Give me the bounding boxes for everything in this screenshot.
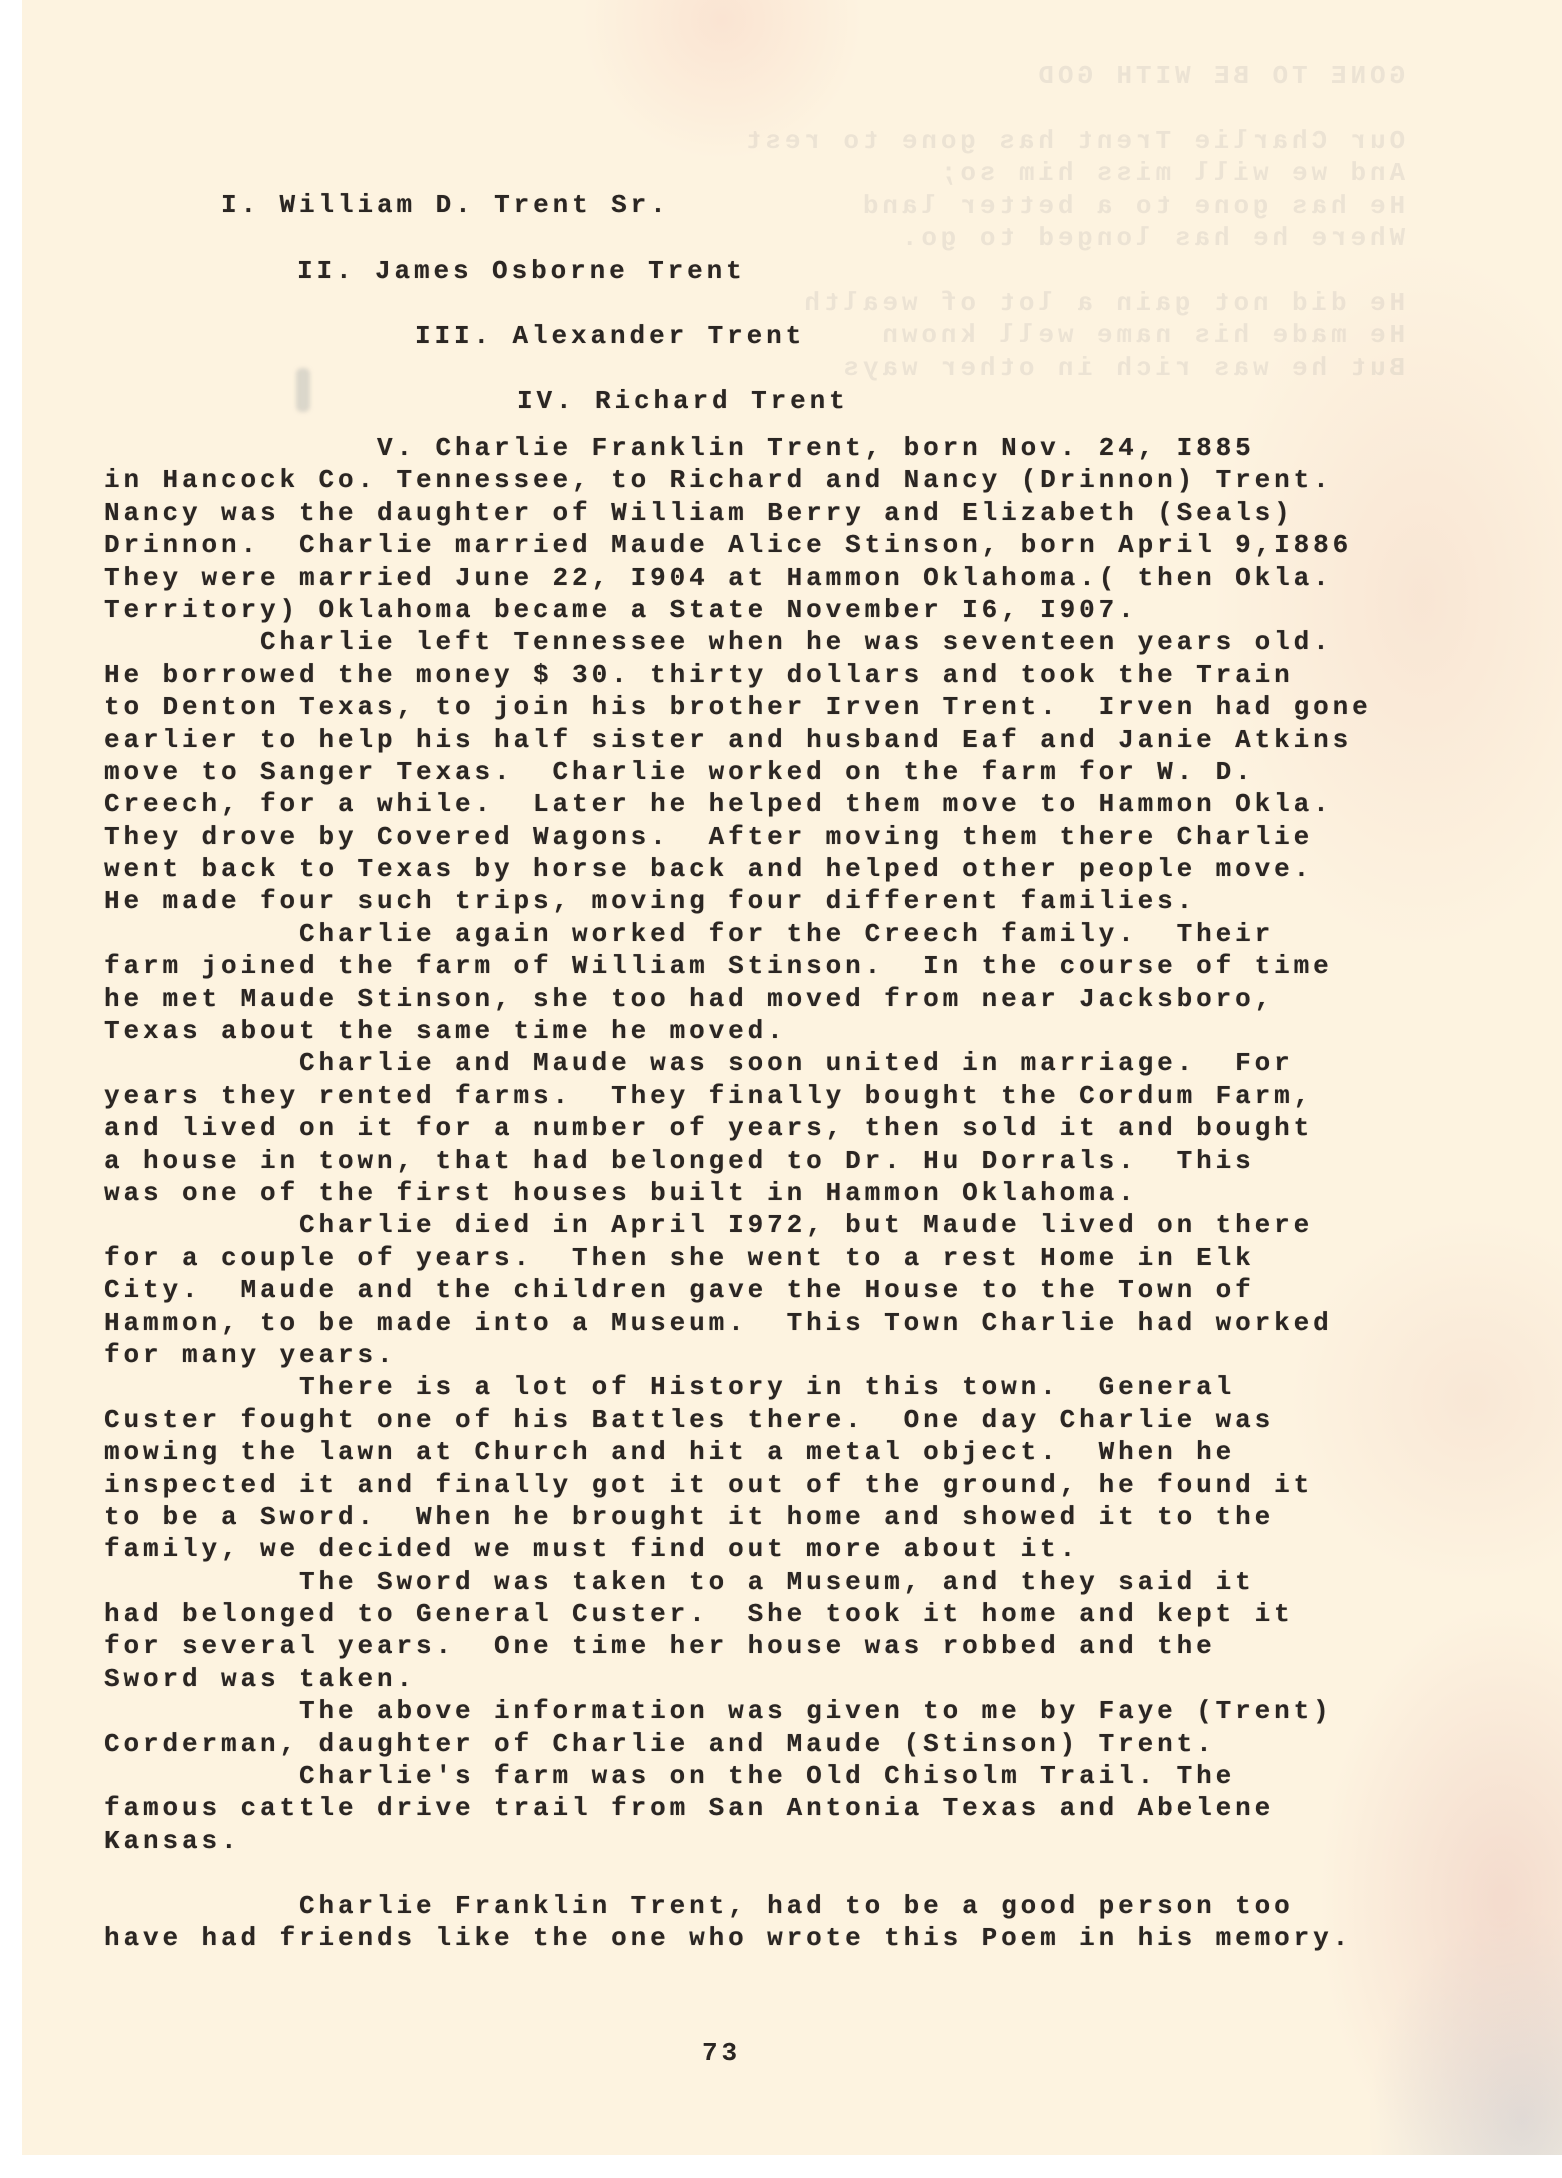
- text-line: Charlie Franklin Trent, had to be a good…: [104, 1890, 1372, 1922]
- bleed-line: He has gone to a better land: [742, 190, 1405, 222]
- text-line: He made four such trips, moving four dif…: [104, 885, 1372, 917]
- generation-numeral: II.: [297, 256, 356, 286]
- generation-numeral: IV.: [517, 386, 576, 416]
- bleed-line: Where he has longed to go.: [742, 222, 1405, 254]
- bleed-line: He did not gain a lot of wealth: [742, 287, 1405, 319]
- text-line: a house in town, that had belonged to Dr…: [104, 1145, 1372, 1177]
- text-line: Territory) Oklahoma became a State Novem…: [104, 594, 1372, 626]
- text-line: City. Maude and the children gave the Ho…: [104, 1274, 1372, 1306]
- text-line: he met Maude Stinson, she too had moved …: [104, 983, 1372, 1015]
- text-line: Corderman, daughter of Charlie and Maude…: [104, 1728, 1372, 1760]
- text-line: family, we decided we must find out more…: [104, 1533, 1372, 1565]
- text-line: Charlie and Maude was soon united in mar…: [104, 1047, 1372, 1079]
- text-line: for a couple of years. Then she went to …: [104, 1242, 1372, 1274]
- text-line: Charlie again worked for the Creech fami…: [104, 918, 1372, 950]
- text-line: years they rented farms. They finally bo…: [104, 1080, 1372, 1112]
- text-line: Drinnon. Charlie married Maude Alice Sti…: [104, 529, 1372, 561]
- text-line: to be a Sword. When he brought it home a…: [104, 1501, 1372, 1533]
- text-line: for several years. One time her house wa…: [104, 1630, 1372, 1662]
- text-line: Kansas.: [104, 1825, 1372, 1857]
- text-line: V. Charlie Franklin Trent, born Nov. 24,…: [104, 432, 1372, 464]
- generation-name: James Osborne Trent: [375, 256, 746, 286]
- generation-numeral: I.: [221, 190, 260, 220]
- text-line: The above information was given to me by…: [104, 1695, 1372, 1727]
- text-line: They were married June 22, I904 at Hammo…: [104, 562, 1372, 594]
- text-line: mowing the lawn at Church and hit a meta…: [104, 1436, 1372, 1468]
- text-line: and lived on it for a number of years, t…: [104, 1112, 1372, 1144]
- text-line: Nancy was the daughter of William Berry …: [104, 497, 1372, 529]
- text-line: He borrowed the money $ 30. thirty dolla…: [104, 659, 1372, 691]
- generation-name: William D. Trent Sr.: [280, 190, 670, 220]
- text-line: had belonged to General Custer. She took…: [104, 1598, 1372, 1630]
- text-line: Charlie's farm was on the Old Chisolm Tr…: [104, 1760, 1372, 1792]
- generation-name: Alexander Trent: [513, 321, 806, 351]
- bleed-line: [742, 92, 1405, 124]
- text-line: Sword was taken.: [104, 1663, 1372, 1695]
- bleed-through-text: GONE TO BE WITH GOD Our Charlie Trent ha…: [742, 60, 1405, 384]
- text-line: have had friends like the one who wrote …: [104, 1922, 1372, 1954]
- text-line: farm joined the farm of William Stinson.…: [104, 950, 1372, 982]
- text-line: [104, 1857, 1372, 1889]
- text-line: inspected it and finally got it out of t…: [104, 1469, 1372, 1501]
- text-line: Texas about the same time he moved.: [104, 1015, 1372, 1047]
- text-line: was one of the first houses built in Ham…: [104, 1177, 1372, 1209]
- text-line: for many years.: [104, 1339, 1372, 1371]
- generation-numeral: III.: [415, 321, 493, 351]
- bleed-line: And we will miss him so;: [742, 157, 1405, 189]
- text-line: Charlie died in April I972, but Maude li…: [104, 1209, 1372, 1241]
- text-line: in Hancock Co. Tennessee, to Richard and…: [104, 464, 1372, 496]
- biography-text: V. Charlie Franklin Trent, born Nov. 24,…: [104, 432, 1372, 1954]
- generation-name: Richard Trent: [595, 386, 849, 416]
- text-line: There is a lot of History in this town. …: [104, 1371, 1372, 1403]
- text-line: to Denton Texas, to join his brother Irv…: [104, 691, 1372, 723]
- document-page: GONE TO BE WITH GOD Our Charlie Trent ha…: [22, 0, 1562, 2155]
- bleed-line: GONE TO BE WITH GOD: [742, 60, 1405, 92]
- text-line: famous cattle drive trail from San Anton…: [104, 1792, 1372, 1824]
- text-line: Custer fought one of his Battles there. …: [104, 1404, 1372, 1436]
- bleed-line: [742, 254, 1405, 286]
- bleed-line: He made his name well known: [742, 319, 1405, 351]
- text-line: earlier to help his half sister and husb…: [104, 724, 1372, 756]
- page-number: 73: [702, 2038, 741, 2068]
- text-line: went back to Texas by horse back and hel…: [104, 853, 1372, 885]
- bleed-line: Our Charlie Trent has gone to rest: [742, 125, 1405, 157]
- text-line: The Sword was taken to a Museum, and the…: [104, 1566, 1372, 1598]
- text-line: Hammon, to be made into a Museum. This T…: [104, 1307, 1372, 1339]
- text-line: Charlie left Tennessee when he was seven…: [104, 626, 1372, 658]
- text-line: They drove by Covered Wagons. After movi…: [104, 821, 1372, 853]
- text-line: move to Sanger Texas. Charlie worked on …: [104, 756, 1372, 788]
- text-line: Creech, for a while. Later he helped the…: [104, 788, 1372, 820]
